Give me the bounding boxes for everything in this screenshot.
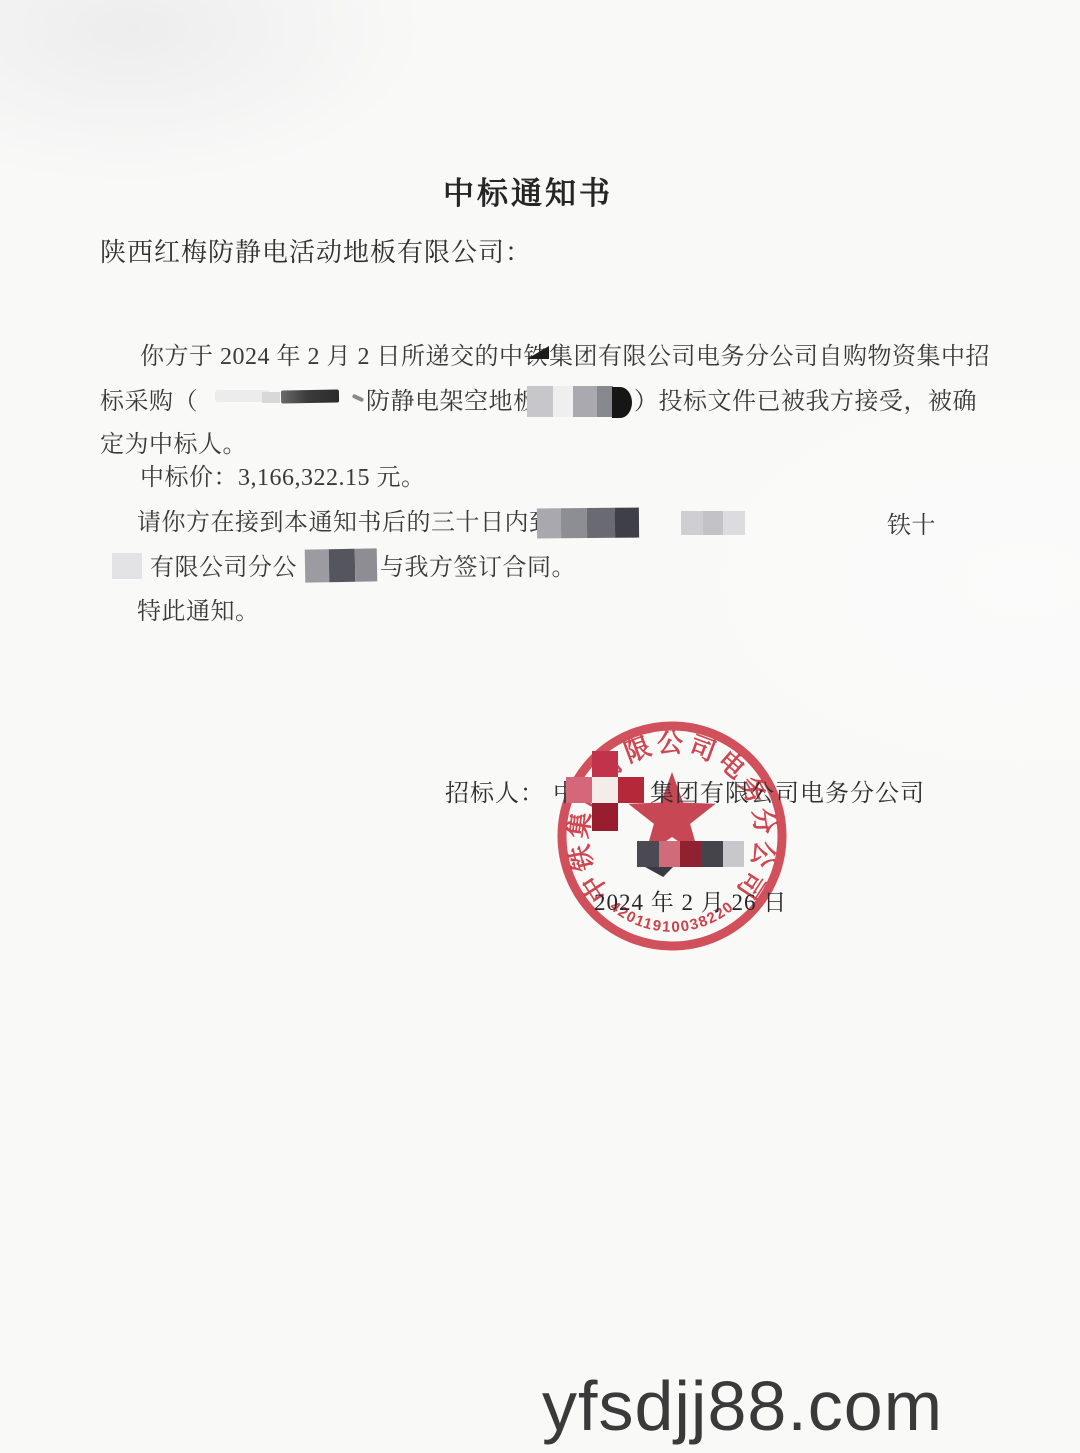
document-date: 2024 年 2 月 26 日 (594, 884, 787, 917)
redaction-mosaic-line5 (305, 548, 378, 582)
body-line-5b: 与我方签订合同。 (380, 547, 576, 582)
redaction-cross-center (592, 777, 618, 803)
closing-line: 特此通知。 (137, 591, 260, 626)
redaction-mosaic-line4-light (681, 511, 745, 535)
redaction-faint-block (112, 553, 142, 579)
official-seal: 中铁集团有限公司电务分公司 42011910038220 (548, 710, 800, 962)
redaction-bar-light (262, 392, 280, 403)
redaction-blob (612, 387, 632, 418)
body-line-5a: 有限公司分公 (150, 547, 297, 582)
body-line-1b: 集团有限公司电务分公司自购物资集中招 (549, 336, 990, 371)
redaction-bar-dark (281, 389, 339, 403)
redaction-mosaic-line2 (527, 386, 613, 417)
body-line-3: 定为中标人。 (100, 424, 247, 459)
seal-graphic: 中铁集团有限公司电务分公司 42011910038220 (548, 710, 800, 962)
bid-inviter-company-suffix: 集团有限公司电务分公司 (650, 773, 925, 808)
body-line-1a: 你方于 2024 年 2 月 2 日所递交的中铁 (140, 336, 548, 371)
scanned-document-page: 中标通知书 陕西红梅防静电活动地板有限公司： 你方于 2024 年 2 月 2 … (0, 0, 1080, 1453)
body-line-4b: 铁十 (887, 505, 936, 540)
watermark-text: yfsdjj88.com (542, 1366, 943, 1446)
body-line-2b: 防静电架空地板 (366, 381, 538, 416)
comma-mark-icon (352, 394, 365, 403)
redaction-mosaic-line4-dark (537, 508, 639, 539)
body-line-2c: ）投标文件已被我方接受，被确 (634, 381, 977, 416)
price-line: 中标价：3,166,322.15 元。 (140, 457, 426, 492)
body-line-2a: 标采购（ (100, 381, 198, 416)
redaction-mosaic-seal (637, 841, 744, 867)
document-title: 中标通知书 (443, 168, 613, 213)
addressee-line: 陕西红梅防静电活动地板有限公司： (100, 232, 532, 269)
redaction-cross-bottom (592, 803, 618, 831)
bid-inviter-label: 招标人： (445, 773, 545, 808)
redaction-cross-top (592, 751, 618, 777)
redaction-cross-left (566, 777, 592, 803)
redaction-cross-right (618, 777, 644, 803)
